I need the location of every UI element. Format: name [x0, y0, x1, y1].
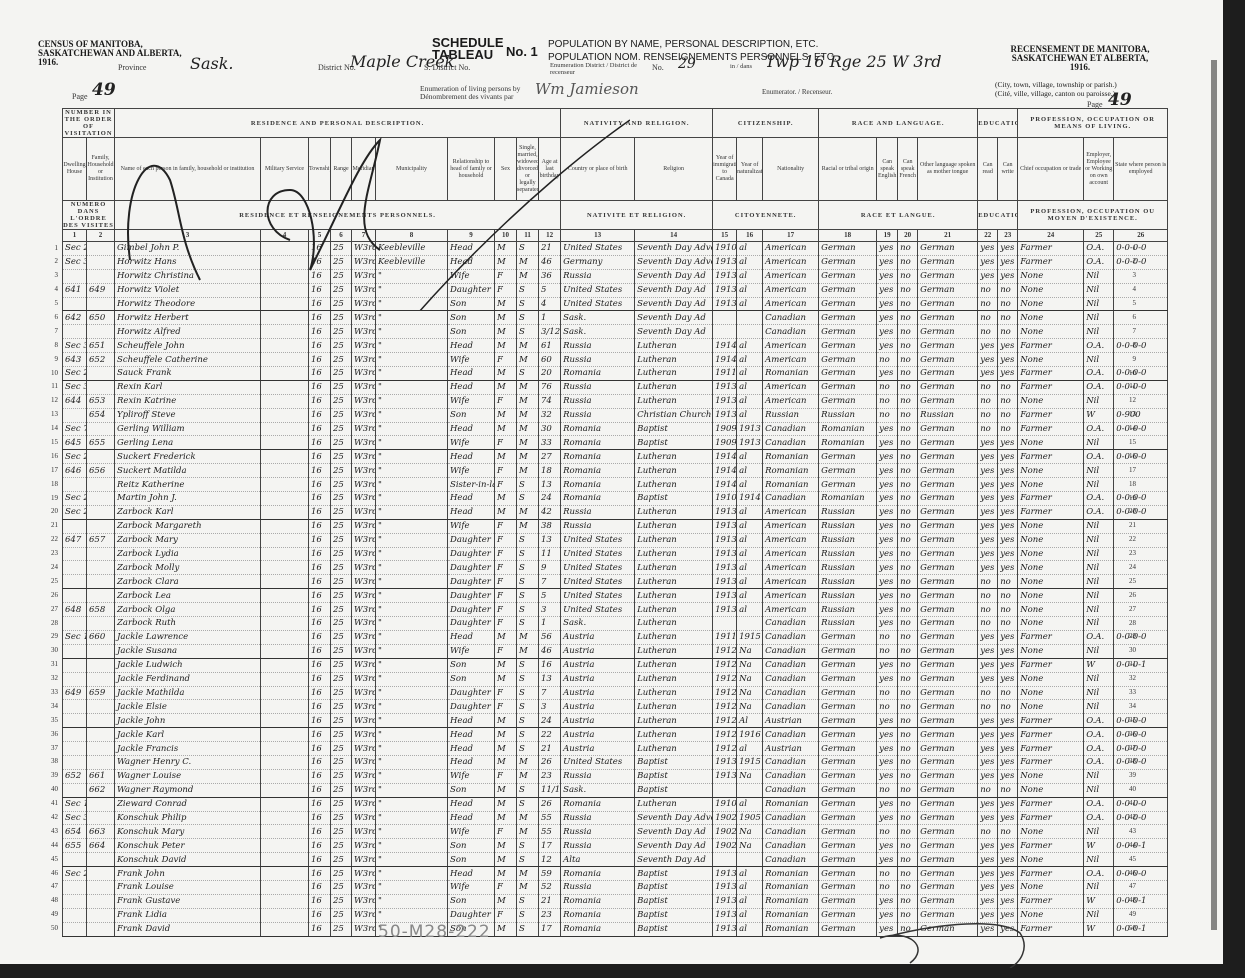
cell-military — [261, 825, 309, 839]
cell-age: 3/12 — [539, 325, 561, 339]
cell-family — [87, 519, 115, 533]
cell-nationality: American — [763, 603, 819, 617]
cell-tongue: German — [918, 894, 978, 908]
cell-fr: no — [898, 450, 918, 464]
cell-origin: German — [819, 311, 877, 325]
cell-fr: no — [898, 283, 918, 297]
cell-mer: W3rd — [352, 561, 376, 575]
cell-dwelling — [63, 269, 87, 283]
cell-religion: Lutheran — [635, 478, 713, 492]
cell-rel: Wife — [448, 519, 495, 533]
cell-tongue: German — [918, 492, 978, 506]
cell-military — [261, 283, 309, 297]
cell-family: 659 — [87, 686, 115, 700]
cell-rge: 25 — [331, 658, 352, 672]
cell-occupation: Farmer — [1018, 422, 1084, 436]
cell-name: Horwitz Herbert — [115, 311, 261, 325]
cell-tongue: German — [918, 908, 978, 922]
cell-occupation: Farmer — [1018, 658, 1084, 672]
cell-occupation: None — [1018, 269, 1084, 283]
cell-occupation: None — [1018, 783, 1084, 797]
cell-municipality: " — [376, 450, 448, 464]
cell-military — [261, 894, 309, 908]
cell-sex: F — [495, 686, 517, 700]
cell-immig: 1910 — [713, 797, 737, 811]
cell-birth: Russia — [561, 825, 635, 839]
cell-dwelling — [63, 325, 87, 339]
cell-read: no — [978, 380, 998, 394]
cell-eng: no — [877, 867, 898, 881]
cell-name: Scheuffele John — [115, 339, 261, 353]
cell-eng: yes — [877, 839, 898, 853]
cell-write: no — [998, 686, 1018, 700]
cell-birth: Romania — [561, 922, 635, 936]
cell-twp: 16 — [309, 672, 331, 686]
cell-write: yes — [998, 242, 1018, 256]
cell-nationality: Romanian — [763, 478, 819, 492]
cell-rge: 25 — [331, 408, 352, 422]
cell-name: Horwitz Theodore — [115, 297, 261, 311]
cell-fr: no — [898, 922, 918, 936]
cell-eng: yes — [877, 575, 898, 589]
cell-tongue: German — [918, 630, 978, 644]
cell-immig: 1913 — [713, 547, 737, 561]
cell-sex: M — [495, 658, 517, 672]
cell-rel: Son — [448, 297, 495, 311]
cell-write: yes — [998, 533, 1018, 547]
cell-write: yes — [998, 436, 1018, 450]
cell-dwelling — [63, 853, 87, 867]
cell-military — [261, 492, 309, 506]
line-number: 37 — [44, 744, 58, 752]
enumeration-by-label: Enumeration of living persons by Dénombr… — [420, 85, 550, 101]
cell-immig: 1912 — [713, 672, 737, 686]
cell-name: Konschuk Philip — [115, 811, 261, 825]
line-number: 15 — [44, 438, 58, 446]
line-number: 10 — [1122, 369, 1136, 377]
cell-marital: S — [517, 894, 539, 908]
cell-religion: Lutheran — [635, 686, 713, 700]
line-number: 6 — [1122, 313, 1136, 321]
line-number: 29 — [1122, 632, 1136, 640]
cell-twp: 16 — [309, 783, 331, 797]
cell-immig: 1914 — [713, 450, 737, 464]
cell-tongue: German — [918, 353, 978, 367]
cell-family — [87, 255, 115, 269]
cell-birth: Austria — [561, 644, 635, 658]
cell-tongue: German — [918, 533, 978, 547]
cell-rge: 25 — [331, 922, 352, 936]
cell-age: 18 — [539, 464, 561, 478]
cell-tongue: German — [918, 880, 978, 894]
enum-district-label: Enumeration District / District de recen… — [550, 62, 660, 76]
cell-fr: no — [898, 769, 918, 783]
cell-twp: 16 — [309, 311, 331, 325]
cell-fr: no — [898, 255, 918, 269]
cell-military — [261, 714, 309, 728]
table-row: Zarbock Ruth1625W3rd"DaughterFS1Sask.Lut… — [63, 617, 1168, 631]
cell-twp: 16 — [309, 603, 331, 617]
census-title-fr: RECENSEMENT DE MANITOBA, SASKATCHEWAN ET… — [1010, 45, 1150, 72]
line-number: 3 — [44, 271, 58, 279]
cell-name: Zarbock Karl — [115, 505, 261, 519]
cell-tongue: German — [918, 769, 978, 783]
cell-marital: S — [517, 283, 539, 297]
line-number: 11 — [44, 382, 58, 390]
cell-rge: 25 — [331, 617, 352, 631]
cell-mer: W3rd — [352, 644, 376, 658]
cell-birth: Sask. — [561, 325, 635, 339]
cell-marital: M — [517, 422, 539, 436]
cell-occupation: Farmer — [1018, 367, 1084, 381]
cell-employ: O.A. — [1084, 367, 1114, 381]
column-number-17: 17 — [763, 230, 819, 242]
cell-twp: 16 — [309, 825, 331, 839]
cell-rge: 25 — [331, 311, 352, 325]
cell-dwelling: Sec 2 — [63, 867, 87, 881]
cell-fr: no — [898, 464, 918, 478]
cell-employ: W — [1084, 922, 1114, 936]
cell-marital: S — [517, 589, 539, 603]
table-row: Reitz Katherine1625W3rd"Sister-in-lawFS1… — [63, 478, 1168, 492]
cell-rel: Head — [448, 422, 495, 436]
cell-natur: al — [737, 547, 763, 561]
table-row: Sec 23Martin John J.1625W3rd"HeadMS24Rom… — [63, 492, 1168, 506]
cell-name: Jackle Karl — [115, 728, 261, 742]
line-number: 8 — [1122, 341, 1136, 349]
cell-rel: Wife — [448, 464, 495, 478]
cell-rge: 25 — [331, 325, 352, 339]
cell-employ: Nil — [1084, 769, 1114, 783]
line-number: 24 — [1122, 563, 1136, 571]
cell-military — [261, 880, 309, 894]
cell-employ: Nil — [1084, 644, 1114, 658]
cell-read: no — [978, 575, 998, 589]
cell-name: Zarbock Lea — [115, 589, 261, 603]
table-row: 646656Suckert Matilda1625W3rd"WifeFM18Ro… — [63, 464, 1168, 478]
cell-occupation: None — [1018, 686, 1084, 700]
cell-employ: O.A. — [1084, 630, 1114, 644]
cell-name: Konschuk David — [115, 853, 261, 867]
cell-tongue: German — [918, 728, 978, 742]
cell-nationality: Romanian — [763, 464, 819, 478]
cell-read: yes — [978, 922, 998, 936]
cell-religion: Lutheran — [635, 714, 713, 728]
cell-nationality: Canadian — [763, 658, 819, 672]
cell-origin: Russian — [819, 408, 877, 422]
cell-fr: no — [898, 575, 918, 589]
cell-age: 36 — [539, 269, 561, 283]
cell-fr: no — [898, 394, 918, 408]
cell-rel: Son — [448, 658, 495, 672]
section-citizenship-fr: CITOYENNETE. — [713, 201, 819, 230]
column-header-19: Can speak English — [877, 138, 898, 201]
cell-municipality: " — [376, 297, 448, 311]
cell-natur: al — [737, 797, 763, 811]
cell-military — [261, 311, 309, 325]
cell-read: yes — [978, 880, 998, 894]
cell-immig: 1902 — [713, 811, 737, 825]
cell-family — [87, 672, 115, 686]
cell-fr: no — [898, 894, 918, 908]
cell-twp: 16 — [309, 339, 331, 353]
line-number: 46 — [1122, 869, 1136, 877]
cell-natur: 1905 — [737, 811, 763, 825]
cell-immig: 1914 — [713, 478, 737, 492]
cell-age: 5 — [539, 283, 561, 297]
cell-municipality: " — [376, 742, 448, 756]
cell-eng: yes — [877, 255, 898, 269]
cell-read: yes — [978, 561, 998, 575]
cell-mer: W3rd — [352, 269, 376, 283]
cell-dwelling — [63, 894, 87, 908]
cell-municipality: " — [376, 644, 448, 658]
cell-sex: F — [495, 575, 517, 589]
cell-municipality: " — [376, 422, 448, 436]
cell-employ: Nil — [1084, 297, 1114, 311]
cell-nationality: Canadian — [763, 436, 819, 450]
cell-fr: no — [898, 755, 918, 769]
cell-eng: yes — [877, 658, 898, 672]
section-education-fr: EDUCATION. — [978, 201, 1018, 230]
cell-read: yes — [978, 367, 998, 381]
cell-age: 23 — [539, 908, 561, 922]
cell-religion: Lutheran — [635, 700, 713, 714]
cell-birth: Austria — [561, 658, 635, 672]
cell-tongue: German — [918, 658, 978, 672]
cell-nationality: Canadian — [763, 492, 819, 506]
cell-employ: O.A. — [1084, 492, 1114, 506]
cell-sex: M — [495, 672, 517, 686]
line-number: 30 — [44, 646, 58, 654]
enum-district-number: 29 — [678, 56, 696, 72]
cell-origin: German — [819, 644, 877, 658]
enumerator-name: Wm Jamieson — [535, 80, 639, 98]
cell-fr: no — [898, 825, 918, 839]
cell-tongue: German — [918, 255, 978, 269]
cell-religion: Baptist — [635, 880, 713, 894]
table-row: Zarbock Margareth1625W3rd"WifeFM38Russia… — [63, 519, 1168, 533]
cell-write: no — [998, 297, 1018, 311]
cell-write: no — [998, 380, 1018, 394]
cell-write: yes — [998, 728, 1018, 742]
cell-tongue: German — [918, 394, 978, 408]
cell-eng: yes — [877, 853, 898, 867]
cell-rel: Head — [448, 255, 495, 269]
cell-immig: 1913 — [713, 880, 737, 894]
cell-eng: yes — [877, 755, 898, 769]
column-header-6: Range — [331, 138, 352, 201]
cell-religion: Lutheran — [635, 505, 713, 519]
cell-name: Gimbel John P. — [115, 242, 261, 256]
column-header-24: Chief occupation or trade — [1018, 138, 1084, 201]
cell-fr: no — [898, 561, 918, 575]
cell-mer: W3rd — [352, 880, 376, 894]
cell-tongue: German — [918, 742, 978, 756]
line-number: 4 — [44, 285, 58, 293]
cell-occupation: Farmer — [1018, 797, 1084, 811]
cell-name: Zieward Conrad — [115, 797, 261, 811]
table-row: 647657Zarbock Mary1625W3rd"DaughterFS13U… — [63, 533, 1168, 547]
cell-natur: 1915 — [737, 755, 763, 769]
cell-tongue: German — [918, 714, 978, 728]
cell-religion: Seventh Day Ad — [635, 325, 713, 339]
cell-birth: Austria — [561, 728, 635, 742]
cell-dwelling: 645 — [63, 436, 87, 450]
line-number: 21 — [44, 521, 58, 529]
cell-rge: 25 — [331, 894, 352, 908]
cell-occupation: None — [1018, 617, 1084, 631]
cell-twp: 16 — [309, 617, 331, 631]
cell-natur — [737, 853, 763, 867]
cell-military — [261, 408, 309, 422]
cell-municipality: " — [376, 380, 448, 394]
cell-twp: 16 — [309, 533, 331, 547]
column-label-row: Dwelling HouseFamily, Household or Insti… — [63, 138, 1168, 201]
cell-mer: W3rd — [352, 408, 376, 422]
cell-employ: O.A. — [1084, 339, 1114, 353]
line-number: 16 — [44, 452, 58, 460]
cell-religion: Baptist — [635, 769, 713, 783]
cell-dwelling: Sec 27 — [63, 367, 87, 381]
cell-read: no — [978, 783, 998, 797]
cell-eng: yes — [877, 742, 898, 756]
cell-employ: Nil — [1084, 464, 1114, 478]
cell-name: Rexin Karl — [115, 380, 261, 394]
cell-natur: Na — [737, 644, 763, 658]
cell-nationality: Romanian — [763, 797, 819, 811]
cell-write: yes — [998, 811, 1018, 825]
table-row: Zarbock Clara1625W3rd"DaughterFS7United … — [63, 575, 1168, 589]
cell-twp: 16 — [309, 894, 331, 908]
cell-write: yes — [998, 519, 1018, 533]
cell-sex: F — [495, 589, 517, 603]
cell-mer: W3rd — [352, 755, 376, 769]
cell-fr: no — [898, 353, 918, 367]
cell-birth: United States — [561, 575, 635, 589]
line-number: 17 — [1122, 466, 1136, 474]
cell-rge: 25 — [331, 839, 352, 853]
cell-rge: 25 — [331, 436, 352, 450]
cell-natur: 1913 — [737, 422, 763, 436]
line-number: 39 — [1122, 771, 1136, 779]
column-header-25: Employer, Employee or Working on own acc… — [1084, 138, 1114, 201]
cell-mer: W3rd — [352, 811, 376, 825]
cell-immig: 1913 — [713, 380, 737, 394]
cell-dwelling: 646 — [63, 464, 87, 478]
cell-sex: F — [495, 700, 517, 714]
line-number: 34 — [1122, 702, 1136, 710]
table-row: Frank Gustave1625W3rd"SonMS21RomaniaBapt… — [63, 894, 1168, 908]
cell-marital: M — [517, 394, 539, 408]
column-number-2: 2 — [87, 230, 115, 242]
cell-nationality: Canadian — [763, 644, 819, 658]
cell-rge: 25 — [331, 519, 352, 533]
cell-nationality: Romanian — [763, 867, 819, 881]
cell-tongue: German — [918, 269, 978, 283]
table-row: 645655Gerling Lena1625W3rd"WifeFM33Roman… — [63, 436, 1168, 450]
cell-natur: al — [737, 575, 763, 589]
column-number-11: 11 — [517, 230, 539, 242]
cell-fr: no — [898, 700, 918, 714]
cell-mer: W3rd — [352, 603, 376, 617]
cell-read: no — [978, 603, 998, 617]
cell-religion: Baptist — [635, 867, 713, 881]
cell-marital: M — [517, 255, 539, 269]
cell-rel: Daughter — [448, 533, 495, 547]
cell-birth: Romania — [561, 422, 635, 436]
cell-name: Sauck Frank — [115, 367, 261, 381]
cell-military — [261, 908, 309, 922]
cell-rel: Son — [448, 839, 495, 853]
cell-tongue: German — [918, 755, 978, 769]
cell-origin: Russian — [819, 561, 877, 575]
cell-dwelling — [63, 561, 87, 575]
cell-sex: F — [495, 908, 517, 922]
cell-immig: 1902 — [713, 839, 737, 853]
cell-military — [261, 353, 309, 367]
section-residence: RESIDENCE AND PERSONAL DESCRIPTION. — [115, 109, 561, 138]
cell-military — [261, 644, 309, 658]
cell-origin: German — [819, 255, 877, 269]
cell-nationality: Romanian — [763, 880, 819, 894]
cell-eng: no — [877, 380, 898, 394]
cell-natur: al — [737, 297, 763, 311]
cell-write: yes — [998, 450, 1018, 464]
cell-sex: M — [495, 728, 517, 742]
cell-twp: 16 — [309, 742, 331, 756]
cell-family — [87, 478, 115, 492]
cell-employ: O.A. — [1084, 755, 1114, 769]
column-header-7: Meridian — [352, 138, 376, 201]
cell-municipality: " — [376, 617, 448, 631]
cell-eng: yes — [877, 519, 898, 533]
cell-municipality: " — [376, 269, 448, 283]
cell-municipality: " — [376, 825, 448, 839]
cell-origin: German — [819, 880, 877, 894]
line-number: 1 — [44, 244, 58, 252]
cell-mer: W3rd — [352, 422, 376, 436]
cell-birth: United States — [561, 283, 635, 297]
cell-rge: 25 — [331, 505, 352, 519]
cell-tongue: German — [918, 436, 978, 450]
cell-religion: Lutheran — [635, 547, 713, 561]
cell-religion: Seventh Day Ad — [635, 825, 713, 839]
cell-twp: 16 — [309, 436, 331, 450]
cell-employ: Nil — [1084, 672, 1114, 686]
cell-marital: S — [517, 686, 539, 700]
cell-dwelling: Sec 16 — [63, 630, 87, 644]
cell-age: 1 — [539, 311, 561, 325]
cell-military — [261, 686, 309, 700]
cell-marital: S — [517, 561, 539, 575]
cell-origin: German — [819, 478, 877, 492]
cell-twp: 16 — [309, 325, 331, 339]
cell-municipality: " — [376, 394, 448, 408]
column-header-13: Country or place of birth — [561, 138, 635, 201]
cell-birth: Russia — [561, 353, 635, 367]
cell-natur: al — [737, 450, 763, 464]
cell-employ: O.A. — [1084, 450, 1114, 464]
cell-twp: 16 — [309, 255, 331, 269]
cell-rge: 25 — [331, 700, 352, 714]
cell-family — [87, 617, 115, 631]
line-number: 12 — [44, 396, 58, 404]
cell-eng: yes — [877, 908, 898, 922]
line-number: 17 — [44, 466, 58, 474]
column-header-12: Age at last birthday — [539, 138, 561, 201]
cell-military — [261, 325, 309, 339]
